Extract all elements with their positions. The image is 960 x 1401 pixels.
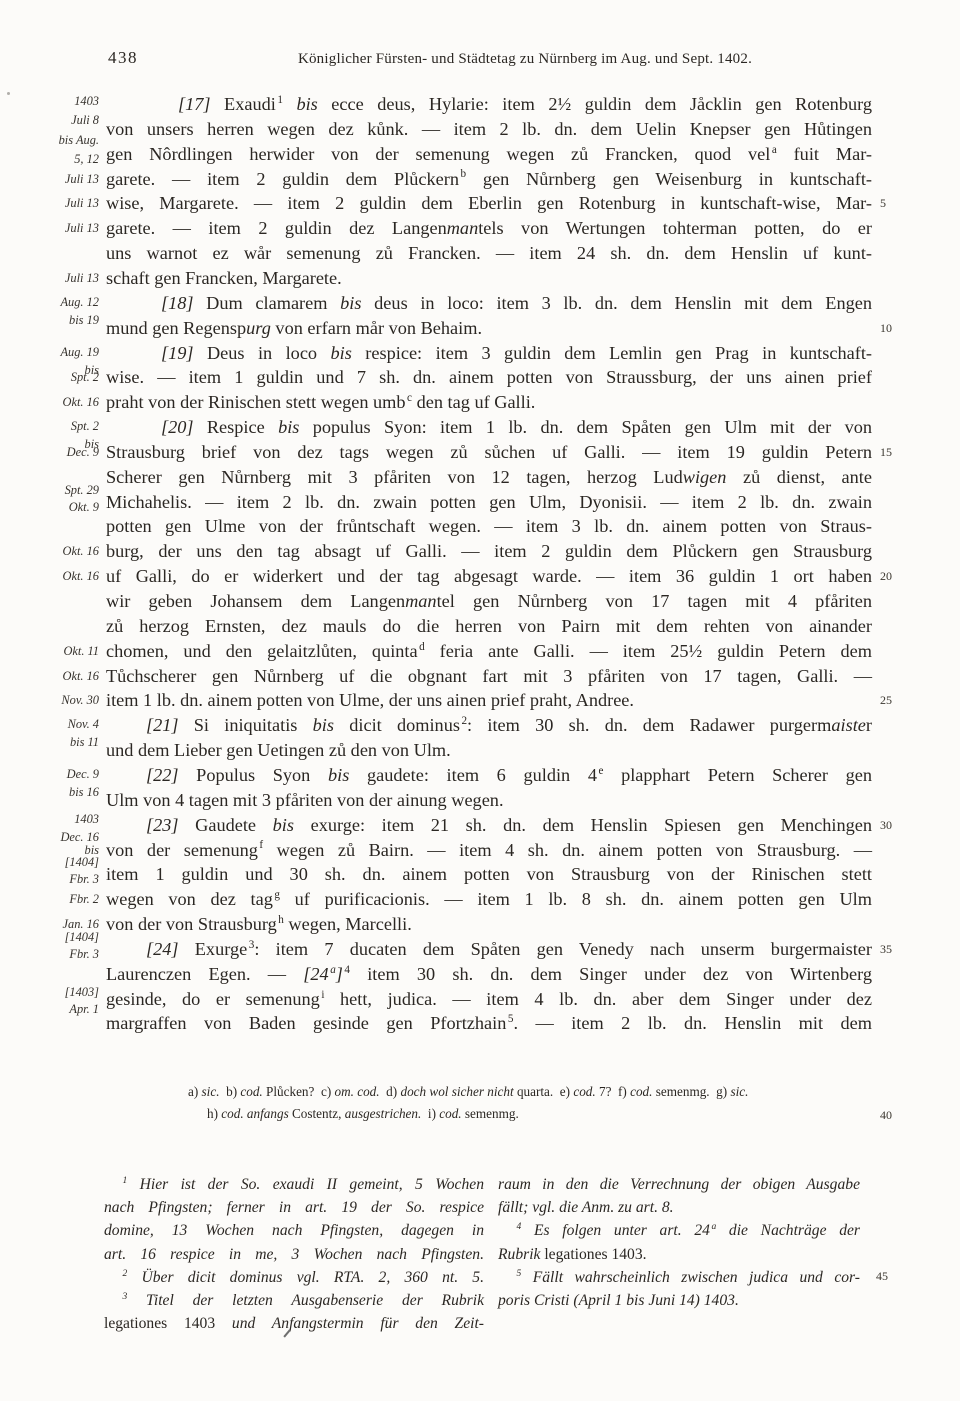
text-run: Laurenczen Egen. — bbox=[106, 964, 303, 984]
text-run: poris Cristi (April 1 bis Juni 14) 1403. bbox=[498, 1292, 739, 1309]
margin-date-line: Fbr. 3 bbox=[0, 946, 99, 963]
text-run: urg bbox=[246, 318, 271, 338]
text-run: praht von der Rinischen stett wegen umb bbox=[106, 392, 406, 412]
margin-date-line: Aug. 19 bbox=[0, 343, 99, 361]
text-run: uns warnot ez wår semenung zů Francken. … bbox=[106, 243, 872, 263]
scan-artifact bbox=[7, 92, 10, 95]
margin-date: Nov. 30 bbox=[0, 691, 99, 710]
text-run: von erfarn mår von Behaim. bbox=[271, 318, 482, 338]
margin-date: Dec. 9 bbox=[0, 443, 99, 462]
text-run: item 1 guldin und 30 sh. dn. ainem potte… bbox=[106, 864, 872, 884]
body-text-line: zů herzog Ernsten, dez mauls do die herr… bbox=[106, 614, 872, 639]
body-text-line: [22] Populus Syon bis gaudete: item 6 gu… bbox=[106, 763, 872, 788]
body-text-line: Laurenczen Egen. — [24a]4 item 30 sh. dn… bbox=[106, 962, 872, 987]
text-run: zů herzog Ernsten, dez mauls do die herr… bbox=[106, 616, 872, 636]
text-run: mund gen Regensp bbox=[106, 318, 246, 338]
text-run: und Anfangstermin für den Zeit- bbox=[215, 1315, 484, 1332]
text-run bbox=[283, 94, 297, 114]
text-run: exurge: item 21 sh. dn. dem Henslin Spie… bbox=[294, 815, 872, 835]
margin-date-line: Okt. 16 bbox=[0, 567, 99, 586]
margin-date: [1403]Apr. 1 bbox=[0, 984, 99, 1018]
text-run: r bbox=[866, 715, 872, 735]
text-run: wise. — item 1 guldin und 7 sh. dn. aine… bbox=[106, 367, 872, 387]
text-run: hett, judica. — item 4 lb. dn. aber dem … bbox=[324, 989, 872, 1009]
text-run: : item 7 ducaten dem Spåten gen Venedy n… bbox=[254, 939, 872, 959]
text-run: art. 16 respice in me, 3 Wochen nach Pfi… bbox=[104, 1246, 484, 1263]
text-run: zů dienst, ante bbox=[726, 467, 872, 487]
text-run: wir geben Johansem dem Langen bbox=[106, 591, 405, 611]
margin-date-line: Dec. 9 bbox=[0, 765, 99, 783]
text-run: Gaudete bbox=[179, 815, 273, 835]
text-run: cod. bbox=[439, 1106, 461, 1121]
text-run: cod. anfangs bbox=[221, 1106, 288, 1121]
line-number: 5 bbox=[880, 196, 886, 211]
text-run: Respice bbox=[194, 417, 279, 437]
text-run: Strausburg brief von dez tags wegen zů s… bbox=[106, 442, 872, 462]
body-text-line: von der semenungf wegen zů Bairn. — item… bbox=[106, 838, 872, 863]
margin-date: Okt. 16 bbox=[0, 542, 99, 561]
margin-date: Okt. 11 bbox=[0, 642, 99, 661]
text-run: sic. bbox=[730, 1084, 748, 1099]
text-run: uf purificacionis. — item 1 lb. 8 sh. dn… bbox=[280, 889, 872, 909]
margin-date-line: Fbr. 3 bbox=[0, 871, 99, 888]
body-text-line: uf Galli, do er widerkert und der tag ab… bbox=[106, 564, 872, 589]
text-run: die Nachträge der bbox=[716, 1222, 860, 1239]
margin-date: Dec. 9bis 16 bbox=[0, 765, 99, 801]
body-text-line: Tůchscherer gen Nůrnberg uf die obgnant … bbox=[106, 664, 872, 689]
text-run: Costentz, bbox=[289, 1106, 345, 1121]
line-number: 40 bbox=[880, 1108, 892, 1123]
footnote-line: 3 Titel der letzten Ausgabenserie der Ru… bbox=[104, 1289, 484, 1312]
margin-date: Juli 13 bbox=[0, 269, 99, 288]
margin-date-line: Okt. 16 bbox=[0, 667, 99, 686]
text-run: Es folgen unter art. 24 bbox=[521, 1222, 710, 1239]
text-run: [20] bbox=[161, 417, 194, 437]
margin-date-line: Apr. 1 bbox=[0, 1001, 99, 1018]
text-run: semenmg. bbox=[462, 1106, 519, 1121]
body-text-line: gen Nôrdlingen herwider von der semenung… bbox=[106, 142, 872, 167]
text-run: d) bbox=[380, 1084, 401, 1099]
body-text-line: [21] Si iniquitatis bis dicit dominus2: … bbox=[106, 713, 872, 738]
body-text-line: margraffen von Baden gesinde gen Pfortzh… bbox=[106, 1011, 872, 1036]
text-run: item 30 sh. dn. dem Singer under dez von… bbox=[350, 964, 872, 984]
line-number: 25 bbox=[880, 693, 892, 708]
footnote-line: nach Pfingsten; ferner in art. 19 der So… bbox=[104, 1196, 484, 1219]
margin-date: Aug. 12bis 19 bbox=[0, 293, 99, 329]
footnote-line: 4 Es folgen unter art. 24a die Nachträge… bbox=[498, 1219, 860, 1242]
body-text-line: garete. — item 2 guldin dez Langenmantel… bbox=[106, 216, 872, 241]
text-run: h) bbox=[207, 1106, 221, 1121]
text-run: gesinde, do er semenung bbox=[106, 989, 320, 1009]
text-run: Fällt wahrscheinlich zwischen judica und… bbox=[521, 1269, 860, 1286]
text-run: cod. bbox=[573, 1084, 595, 1099]
margin-date-line: [1404] bbox=[0, 929, 99, 946]
margin-date-line: Juli 13 bbox=[0, 170, 99, 189]
margin-date: [1404]Fbr. 3 bbox=[0, 929, 99, 963]
text-run: gen Nůrnberg gen Weisenburg in kuntschaf… bbox=[466, 169, 872, 189]
text-run: gaudete: item 6 guldin 4 bbox=[349, 765, 597, 785]
body-text-line: wegen von dez tagg uf purificacionis. — … bbox=[106, 887, 872, 912]
text-run: potten gen Ulme von der frůntschaft wege… bbox=[106, 516, 872, 536]
text-run: [22] bbox=[146, 765, 179, 785]
margin-date: Juli 13 bbox=[0, 219, 99, 238]
text-run: bis bbox=[313, 715, 334, 735]
line-number: 35 bbox=[880, 942, 892, 957]
text-run: sic. bbox=[202, 1084, 220, 1099]
footnote-line: legationes 1403 und Anfangstermin für de… bbox=[104, 1312, 484, 1335]
text-run: [23] bbox=[146, 815, 179, 835]
text-run: Ulm von 4 tagen mit 3 pfåriten von der a… bbox=[106, 790, 504, 810]
body-text-line: uns warnot ez wår semenung zů Francken. … bbox=[106, 241, 872, 266]
body-text-line: gesinde, do er semenungi hett, judica. —… bbox=[106, 987, 872, 1012]
margin-date-line: Juli 8 bbox=[0, 111, 99, 130]
text-run: [18] bbox=[161, 293, 194, 313]
text-run: [24] bbox=[146, 939, 179, 959]
margin-date-line: [1403] bbox=[0, 984, 99, 1001]
text-run: item 1 lb. dn. ainem potten von Ulme, de… bbox=[106, 690, 634, 710]
body-text-line: [17] Exaudi1 bis ecce deus, Hylarie: ite… bbox=[106, 92, 872, 117]
text-run: cod. bbox=[630, 1084, 652, 1099]
scanned-page: 438 Königlicher Fürsten- und Städtetag z… bbox=[0, 0, 960, 1401]
text-run: populus Syon: item 1 lb. dn. dem Spåten … bbox=[299, 417, 872, 437]
text-run: den tag uf Galli. bbox=[412, 392, 535, 412]
text-run: bis bbox=[273, 815, 294, 835]
body-text-line: praht von der Rinischen stett wegen umbc… bbox=[106, 390, 872, 415]
text-run: Plůcken? c) bbox=[263, 1084, 335, 1099]
text-run: raum in den die Verrechnung der obigen A… bbox=[498, 1176, 860, 1193]
text-run: chomen, und den gelaitzlůten, quinta bbox=[106, 641, 418, 661]
margin-date-line: bis Aug. bbox=[0, 131, 99, 150]
line-number: 15 bbox=[880, 445, 892, 460]
footnote-line: raum in den die Verrechnung der obigen A… bbox=[498, 1173, 860, 1196]
apparatus-line: a) sic. b) cod. Plůcken? c) om. cod. d) … bbox=[188, 1084, 748, 1100]
footnote-line: 1 Hier ist der So. exaudi II gemeint, 5 … bbox=[104, 1173, 484, 1196]
body-text-line: garete. — item 2 guldin dem Plůckernb ge… bbox=[106, 167, 872, 192]
text-run: Michahelis. — item 2 lb. dn. zwain potte… bbox=[106, 492, 872, 512]
text-run: bis bbox=[278, 417, 299, 437]
body-text-line: potten gen Ulme von der frůntschaft wege… bbox=[106, 514, 872, 539]
margin-date: Fbr. 2 bbox=[0, 890, 99, 909]
margin-date-line: bis 16 bbox=[0, 783, 99, 801]
text-run: . — item 2 lb. dn. Henslin mit dem bbox=[513, 1013, 872, 1033]
text-run: Über dicit dominus vgl. RTA. 2, 360 nt. … bbox=[127, 1269, 484, 1286]
margin-date-line: Okt. 9 bbox=[0, 499, 99, 516]
margin-date-line: [1404] bbox=[0, 854, 99, 871]
text-run: domine, 13 Wochen nach Pfingsten, dagege… bbox=[104, 1222, 484, 1239]
margin-date: Spt. 29Okt. 9 bbox=[0, 482, 99, 516]
body-text-line: [23] Gaudete bis exurge: item 21 sh. dn.… bbox=[106, 813, 872, 838]
margin-date-line: Okt. 11 bbox=[0, 642, 99, 661]
text-run: nach Pfingsten; ferner in art. 19 der So… bbox=[104, 1199, 484, 1216]
body-text-line: wir geben Johansem dem Langenmantel gen … bbox=[106, 589, 872, 614]
text-run: burg, der uns den tag absagt uf Galli. —… bbox=[106, 541, 872, 561]
text-run: von unsers herren wegen dez kůnk. — item… bbox=[106, 119, 872, 139]
body-text-line: item 1 lb. dn. ainem potten von Ulme, de… bbox=[106, 688, 872, 713]
text-run: uf Galli, do er widerkert und der tag ab… bbox=[106, 566, 872, 586]
margin-date: [1404]Fbr. 3 bbox=[0, 854, 99, 888]
margin-date-line: Dec. 9 bbox=[0, 443, 99, 462]
text-run: [24 bbox=[303, 964, 328, 984]
margin-date: Nov. 4bis 11 bbox=[0, 715, 99, 751]
margin-date-line: bis 19 bbox=[0, 311, 99, 329]
text-run: deus in loco: item 3 lb. dn. dem Henslin… bbox=[362, 293, 873, 313]
text-run: plapphart Petern Scherer gen bbox=[603, 765, 872, 785]
line-number: 45 bbox=[876, 1269, 888, 1284]
body-text-line: [18] Dum clamarem bis deus in loco: item… bbox=[106, 291, 872, 316]
text-run: doch wol sicher nicht bbox=[400, 1084, 513, 1099]
text-run: om. cod. bbox=[335, 1084, 380, 1099]
text-run: Tůchscherer gen Nůrnberg uf die obgnant … bbox=[106, 666, 872, 686]
body-text-line: Ulm von 4 tagen mit 3 pfåriten von der a… bbox=[106, 788, 872, 813]
apparatus-line: h) cod. anfangs Costentz, ausgestrichen.… bbox=[207, 1106, 519, 1122]
footnote-line: 2 Über dicit dominus vgl. RTA. 2, 360 nt… bbox=[104, 1266, 484, 1289]
text-run: bis bbox=[296, 94, 317, 114]
text-run: bis bbox=[328, 765, 349, 785]
text-run: wegen von dez tag bbox=[106, 889, 273, 909]
text-run: tels von Wertungen tohterman potten, do … bbox=[478, 218, 872, 238]
text-run: respice: item 3 guldin dem Lemlin gen Pr… bbox=[352, 343, 872, 363]
text-run: bis bbox=[331, 343, 352, 363]
margin-date-line: 5, 12 bbox=[0, 150, 99, 169]
text-run: Titel der letzten Ausgabenserie der Rubr… bbox=[127, 1292, 484, 1309]
margin-date-line: Juli 13 bbox=[0, 194, 99, 213]
text-run: gen Nôrdlingen herwider von der semenung… bbox=[106, 144, 770, 164]
text-run: und dem Lieber gen Uetingen zů den von U… bbox=[106, 740, 451, 760]
line-number: 30 bbox=[880, 818, 892, 833]
text-run: fuit Mar- bbox=[777, 144, 872, 164]
footnote-line: poris Cristi (April 1 bis Juni 14) 1403. bbox=[498, 1289, 860, 1312]
footnote-line: domine, 13 Wochen nach Pfingsten, dagege… bbox=[104, 1219, 484, 1242]
footnote-line: art. 16 respice in me, 3 Wochen nach Pfi… bbox=[104, 1243, 484, 1266]
text-run: Si iniquitatis bbox=[179, 715, 313, 735]
text-run: quarta. e) bbox=[514, 1084, 574, 1099]
text-run: margraffen von Baden gesinde gen Pfortzh… bbox=[106, 1013, 506, 1033]
margin-date-line: 1403 bbox=[0, 810, 99, 828]
margin-date-line: Spt. 2 bbox=[0, 417, 99, 435]
margin-date-line: Juli 13 bbox=[0, 219, 99, 238]
margin-date: Okt. 16 bbox=[0, 393, 99, 412]
text-run: garete. — item 2 guldin dem Plůckern bbox=[106, 169, 459, 189]
margin-date-line: 1403 bbox=[0, 92, 99, 111]
margin-date: Okt. 16 bbox=[0, 567, 99, 586]
text-run: Dum clamarem bbox=[194, 293, 341, 313]
line-number: 10 bbox=[880, 321, 892, 336]
text-run: a) bbox=[188, 1084, 202, 1099]
body-text-line: von unsers herren wegen dez kůnk. — item… bbox=[106, 117, 872, 142]
text-run: : item 30 sh. dn. dem Radawer purgerm bbox=[467, 715, 831, 735]
text-run: i) bbox=[421, 1106, 439, 1121]
text-run: man bbox=[447, 218, 478, 238]
text-run: [21] bbox=[146, 715, 179, 735]
text-run: [19] bbox=[161, 343, 194, 363]
text-run: 7? f) bbox=[596, 1084, 630, 1099]
margin-date: Juli 13 bbox=[0, 194, 99, 213]
body-text-line: burg, der uns den tag absagt uf Galli. —… bbox=[106, 539, 872, 564]
footnote-line: fällt; vgl. die Anm. zu art. 8. bbox=[498, 1196, 860, 1219]
body-text-line: schaft gen Francken, Margarete. bbox=[106, 266, 872, 291]
line-number: 20 bbox=[880, 569, 892, 584]
text-run: Exaudi bbox=[211, 94, 276, 114]
margin-date-line: Spt. 2 bbox=[0, 368, 99, 387]
margin-date: Spt. 2 bbox=[0, 368, 99, 387]
margin-date-line: Okt. 16 bbox=[0, 542, 99, 561]
body-text-line: und dem Lieber gen Uetingen zů den von U… bbox=[106, 738, 872, 763]
text-run: wigen bbox=[683, 467, 727, 487]
margin-date-line: Spt. 29 bbox=[0, 482, 99, 499]
body-text-line: chomen, und den gelaitzlůten, quintad fe… bbox=[106, 639, 872, 664]
text-run: wegen zů Bairn. — item 4 sh. dn. ainem p… bbox=[263, 840, 872, 860]
text-run: Rubrik bbox=[498, 1246, 544, 1263]
footnote-line: Rubrik legationes 1403. bbox=[498, 1243, 860, 1266]
text-run: feria ante Galli. — item 25½ guldin Pete… bbox=[425, 641, 872, 661]
margin-date-line: Aug. 12 bbox=[0, 293, 99, 311]
text-run: b) bbox=[220, 1084, 241, 1099]
text-run: cod. bbox=[240, 1084, 262, 1099]
text-run: von der von Strausburg bbox=[106, 914, 277, 934]
text-run: ausgestrichen. bbox=[345, 1106, 422, 1121]
margin-date-line: Okt. 16 bbox=[0, 393, 99, 412]
text-run: wise, Margarete. — item 2 guldin dem Ebe… bbox=[106, 193, 872, 213]
margin-date-line: bis 11 bbox=[0, 733, 99, 751]
text-run: von der semenung bbox=[106, 840, 258, 860]
text-run: dicit dominus bbox=[334, 715, 460, 735]
text-run: ecce deus, Hylarie: item 2½ guldin dem J… bbox=[318, 94, 872, 114]
text-run: Populus Syon bbox=[179, 765, 328, 785]
body-text-line: wise. — item 1 guldin und 7 sh. dn. aine… bbox=[106, 365, 872, 390]
footnotes-right-column: raum in den die Verrechnung der obigen A… bbox=[498, 1173, 860, 1312]
text-run: schaft gen Francken, Margarete. bbox=[106, 268, 342, 288]
margin-date-line: Fbr. 2 bbox=[0, 890, 99, 909]
text-run: man bbox=[405, 591, 436, 611]
body-text-line: [19] Deus in loco bis respice: item 3 gu… bbox=[106, 341, 872, 366]
margin-date-line: Nov. 4 bbox=[0, 715, 99, 733]
text-run: Hier ist der So. exaudi II gemeint, 5 Wo… bbox=[127, 1176, 484, 1193]
body-text-line: mund gen Regenspurg von erfarn mår von B… bbox=[106, 316, 872, 341]
running-title: Königlicher Fürsten- und Städtetag zu Nü… bbox=[110, 51, 940, 68]
text-run: Deus in loco bbox=[194, 343, 331, 363]
body-text-line: wise, Margarete. — item 2 guldin dem Ebe… bbox=[106, 191, 872, 216]
footnotes-left-column: 1 Hier ist der So. exaudi II gemeint, 5 … bbox=[104, 1173, 484, 1335]
margin-date: Juli 13 bbox=[0, 170, 99, 189]
body-text-line: Strausburg brief von dez tags wegen zů s… bbox=[106, 440, 872, 465]
text-run: garete. — item 2 guldin dez Langen bbox=[106, 218, 447, 238]
body-text-line: von der von Strausburgh wegen, Marcelli. bbox=[106, 912, 872, 937]
body-text-line: Michahelis. — item 2 lb. dn. zwain potte… bbox=[106, 490, 872, 515]
text-run: legationes 1403. bbox=[544, 1246, 646, 1263]
text-run: Scherer gen Nůrnberg mit 3 pfåriten von … bbox=[106, 467, 683, 487]
body-text-line: [24] Exurge3: item 7 ducaten dem Spåten … bbox=[106, 937, 872, 962]
footnote-line: 5 Fällt wahrscheinlich zwischen judica u… bbox=[498, 1266, 860, 1289]
body-text-line: Scherer gen Nůrnberg mit 3 pfåriten von … bbox=[106, 465, 872, 490]
text-run: bis bbox=[340, 293, 361, 313]
text-run: semenmg. g) bbox=[652, 1084, 730, 1099]
margin-date: 1403Juli 8bis Aug.5, 12 bbox=[0, 92, 99, 169]
text-run: wegen, Marcelli. bbox=[284, 914, 412, 934]
text-run: aiste bbox=[831, 715, 866, 735]
text-run: [17] bbox=[178, 94, 211, 114]
body-text-line: item 1 guldin und 30 sh. dn. ainem potte… bbox=[106, 862, 872, 887]
margin-date: Okt. 16 bbox=[0, 667, 99, 686]
body-text-line: [20] Respice bis populus Syon: item 1 lb… bbox=[106, 415, 872, 440]
text-run: legationes 1403 bbox=[104, 1315, 215, 1332]
margin-date-line: Nov. 30 bbox=[0, 691, 99, 710]
text-run: ] bbox=[336, 964, 343, 984]
text-run: tel gen Nůrnberg von 17 tagen mit 4 pfår… bbox=[437, 591, 872, 611]
text-run: fällt; vgl. die Anm. zu art. 8. bbox=[498, 1199, 674, 1216]
margin-date-line: Juli 13 bbox=[0, 269, 99, 288]
text-run: Exurge bbox=[179, 939, 248, 959]
